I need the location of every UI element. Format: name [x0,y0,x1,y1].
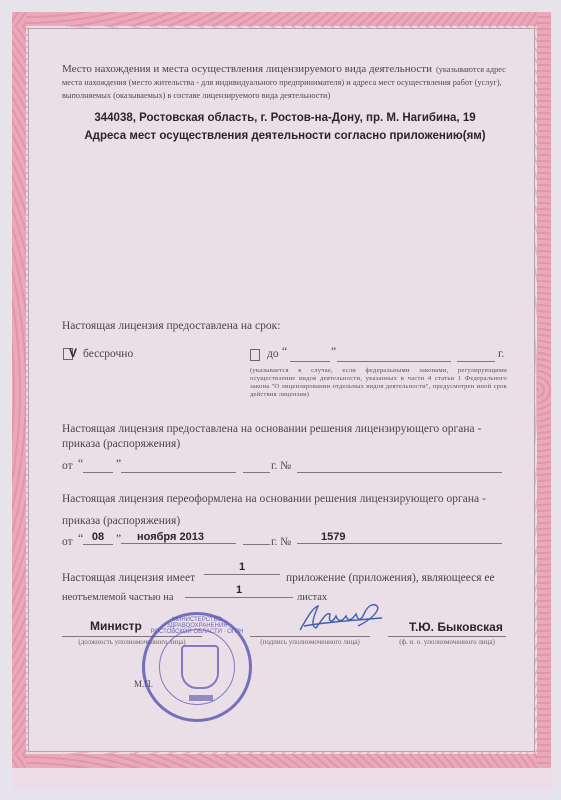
granted-text: Настоящая лицензия предоставлена на осно… [62,422,510,452]
until-prefix: до [267,348,279,360]
reissued-number-field[interactable]: 1579 [297,531,502,544]
reissued-number-label: г. № [271,536,291,548]
locations-heading-block: Место нахождения и места осуществления л… [62,62,507,101]
granted-from-label: от [62,460,73,472]
address-note: Адреса мест осуществления деятельности с… [50,130,520,142]
until-month-field[interactable] [337,348,451,362]
until-quote-open: “ [282,346,287,358]
reissued-text: Настоящая лицензия переоформлена на осно… [62,488,510,532]
name-line [388,636,506,637]
check-mark-icon: V [69,346,77,360]
until-note: (указывается в случае, если федеральными… [250,367,507,399]
granted-day-field[interactable] [83,459,113,473]
handwritten-signature [296,600,386,638]
until-year-field[interactable] [457,348,495,362]
granted-number-field[interactable] [297,459,502,473]
indefinite-label: бессрочно [83,348,133,360]
name-caption: (ф. и. о. уполномоченного лица) [388,638,506,646]
appendix-text-after: приложение (приложения), являющееся ее [286,572,495,584]
until-date-checkbox[interactable] [250,349,260,361]
signer-name: Т.Ю. Быковская [409,620,503,634]
reissued-from-label: от [62,536,73,548]
official-seal: МИНИСТЕРСТВО ЗДРАВООХРАНЕНИЯ РОСТОВСКОЙ … [142,612,252,722]
until-day-field[interactable] [290,348,330,362]
until-quote-close: ” [331,346,336,358]
coat-of-arms-icon [181,645,219,689]
appendix-sheets-field[interactable]: 1 [185,584,293,598]
granted-month-year-field[interactable] [121,459,236,473]
reissued-text-line2: приказа (распоряжения) [62,515,180,527]
appendix-text-before: Настоящая лицензия имеет [62,572,195,584]
locations-heading: Место нахождения и места осуществления л… [62,63,432,75]
reissued-day-field[interactable]: 08 [83,531,113,545]
granted-text-line1: Настоящая лицензия предоставлена на осно… [62,423,481,435]
granted-year-blank[interactable] [243,459,270,473]
reissued-text-line1: Настоящая лицензия переоформлена на осно… [62,493,486,505]
appendix-count-field[interactable]: 1 [204,561,280,575]
granted-number-label: г. № [271,460,291,472]
seal-ring-text: МИНИСТЕРСТВО ЗДРАВООХРАНЕНИЯ РОСТОВСКОЙ … [145,617,249,635]
reissued-year-blank[interactable] [243,531,270,545]
reissued-month-year-field[interactable]: ноября 2013 [121,531,236,544]
seal-bar [189,695,213,701]
signer-position: Министр [90,619,142,633]
address: 344038, Ростовская область, г. Ростов-на… [50,112,520,124]
granted-text-line2: приказа (распоряжения) [62,438,180,450]
signature-caption: (подпись уполномоченного лица) [250,638,370,646]
appendix-sheets-before: неотъемлемой частью на [62,592,173,603]
until-suffix: г. [498,348,504,360]
term-heading: Настоящая лицензия предоставлена на срок… [62,320,280,332]
